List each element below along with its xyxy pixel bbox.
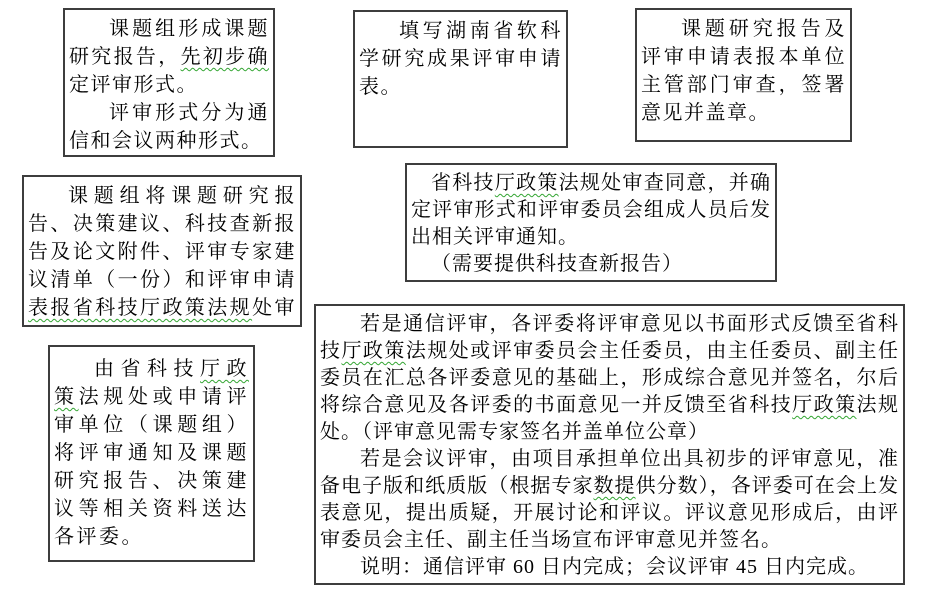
paragraph: 省科技厅政策法规处审查同意，并确定评审形式和评审委员会组成人员后发出相关评审通知… — [411, 170, 771, 251]
box-policy-office-approval: 省科技厅政策法规处审查同意，并确定评审形式和评审委员会组成人员后发出相关评审通知… — [405, 163, 777, 282]
paragraph: 课题研究报告及评审申请表报本单位主管部门审查，签署意见并盖章。 — [641, 15, 846, 127]
text-run: 说明：通信评审 60 日内完成；会议评审 45 日内完成。 — [360, 556, 869, 578]
text-run: 课题组将课题研究报告、决策建议、科技查新报告及论文附件、评审专家建议清单（一份）… — [28, 185, 296, 291]
paragraph: （需要提供科技查新报告） — [411, 251, 771, 278]
paragraph: 课题组形成课题研究报告，先初步确定评审形式。 — [69, 15, 269, 99]
paragraph: 填写湖南省软科学研究成果评审申请表。 — [359, 17, 562, 101]
paragraph: 说明：通信评审 60 日内完成；会议评审 45 日内完成。 — [320, 554, 899, 581]
text-run: 填写湖南省软科学研究成果评审申请表。 — [359, 20, 562, 98]
grammar-squiggle: 厅政策 — [792, 394, 856, 416]
paragraph: 由省科技厅政策法规处或申请评审单位（课题组）将评审通知及课题研究报告、决策建议等… — [54, 355, 249, 551]
text-run: 由省科技 — [94, 358, 200, 380]
box-review-process: 若是通信评审，各评委将评审意见以书面形式反馈至省科技厅政策法规处或评审委员会主任… — [314, 304, 905, 585]
paragraph: 评审形式分为通信和会议两种形式。 — [69, 99, 269, 155]
box-submit-materials: 课题组将课题研究报告、决策建议、科技查新报告及论文附件、评审专家建议清单（一份）… — [22, 175, 302, 327]
box-topic-group-report: 课题组形成课题研究报告，先初步确定评审形式。 评审形式分为通信和会议两种形式。 — [63, 8, 275, 157]
document-page: 课题组形成课题研究报告，先初步确定评审形式。 评审形式分为通信和会议两种形式。 … — [0, 0, 929, 599]
grammar-squiggle: 数提 — [593, 475, 635, 497]
text-run: 定评审形式。 — [69, 74, 198, 96]
paragraph: 课题组将课题研究报告、决策建议、科技查新报告及论文附件、评审专家建议清单（一份）… — [28, 182, 296, 327]
text-run: 评审形式分为通信和会议两种形式。 — [69, 102, 269, 152]
grammar-squiggle: 先初步确 — [181, 46, 269, 68]
grammar-squiggle: 表报省科技厅政策法规 — [28, 297, 252, 319]
grammar-squiggle: 厅政策 — [495, 172, 559, 194]
box-fill-application-form: 填写湖南省软科学研究成果评审申请表。 — [353, 10, 568, 148]
box-unit-department-review: 课题研究报告及评审申请表报本单位主管部门审查，签署意见并盖章。 — [635, 8, 852, 142]
text-run: （需要提供科技查新报告） — [431, 253, 683, 275]
text-run: 省科技 — [431, 172, 495, 194]
paragraph: 若是通信评审，各评委将评审意见以书面形式反馈至省科技厅政策法规处或评审委员会主任… — [320, 311, 899, 446]
paragraph: 若是会议评审，由项目承担单位出具初步的评审意见，准备电子版和纸质版（根据专家数提… — [320, 446, 899, 554]
text-run: 课题研究报告及评审申请表报本单位主管部门审查，签署意见并盖章。 — [641, 18, 846, 124]
box-deliver-materials: 由省科技厅政策法规处或申请评审单位（课题组）将评审通知及课题研究报告、决策建议等… — [48, 345, 255, 562]
text-run: 法规处或申请评审单位（课题组）将评审通知及课题研究报告、决策建议等相关资料送达各… — [54, 386, 249, 548]
grammar-squiggle: 厅政策 — [341, 340, 405, 362]
